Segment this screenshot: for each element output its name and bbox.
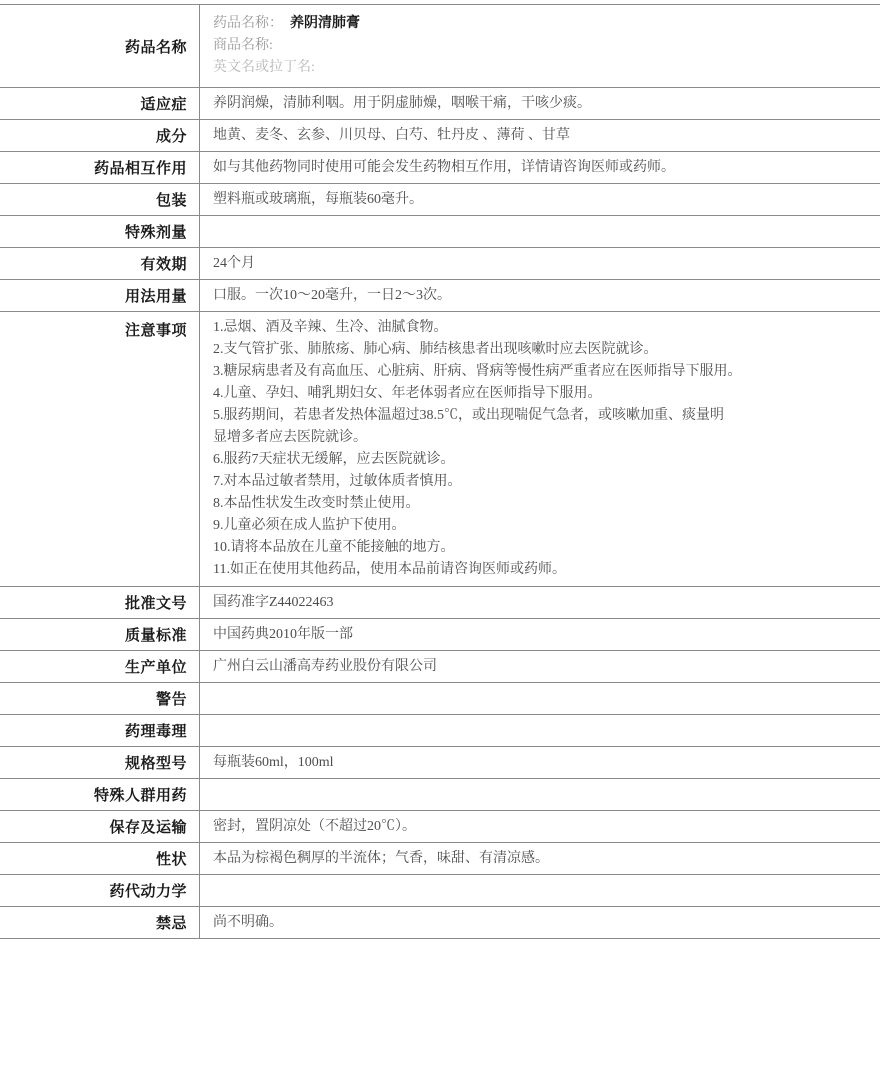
generic-name-value: 养阴清肺膏 [290, 16, 360, 31]
row-value-precautions: 1.忌烟、酒及辛辣、生冷、油腻食物。 2.支气管扩张、肺脓疡、肺心病、肺结核患者… [200, 312, 880, 586]
row-value-drug-name: 药品名称：养阴清肺膏 商品名称: 英文名或拉丁名: [200, 5, 880, 87]
table-row-storage-transport: 保存及运输 密封，置阴凉处（不超过20℃）。 [0, 811, 880, 843]
precaution-line: 4.儿童、孕妇、哺乳期妇女、年老体弱者应在医师指导下服用。 [213, 383, 864, 405]
row-value-warning [200, 683, 880, 714]
row-value-manufacturer: 广州白云山潘高寿药业股份有限公司 [200, 651, 880, 682]
row-label-precautions: 注意事项 [0, 312, 200, 586]
trade-name-line: 商品名称: [213, 35, 864, 57]
row-label-packaging: 包装 [0, 184, 200, 215]
precaution-line: 11.如正在使用其他药品，使用本品前请咨询医师或药师。 [213, 559, 864, 581]
row-label-pharmacokinetics: 药代动力学 [0, 875, 200, 906]
table-row-special-dosage: 特殊剂量 [0, 216, 880, 248]
trade-name-label: 商品名称: [213, 38, 273, 53]
table-row-pharmacokinetics: 药代动力学 [0, 875, 880, 907]
english-name-label: 英文名或拉丁名: [213, 60, 315, 75]
row-label-specification: 规格型号 [0, 747, 200, 778]
table-row-approval-number: 批准文号 国药准字Z44022463 [0, 587, 880, 619]
precaution-line: 3.糖尿病患者及有高血压、心脏病、肝病、肾病等慢性病严重者应在医师指导下服用。 [213, 361, 864, 383]
precaution-line: 6.服药7天症状无缓解，应去医院就诊。 [213, 449, 864, 471]
row-value-pharmacokinetics [200, 875, 880, 906]
table-row-precautions: 注意事项 1.忌烟、酒及辛辣、生冷、油腻食物。 2.支气管扩张、肺脓疡、肺心病、… [0, 312, 880, 587]
drug-info-table: 药品名称 药品名称：养阴清肺膏 商品名称: 英文名或拉丁名: 适应症 养阴润燥，… [0, 4, 880, 939]
row-label-interactions: 药品相互作用 [0, 152, 200, 183]
precaution-line: 5.服药期间，若患者发热体温超过38.5℃，或出现喘促气急者，或咳嗽加重、痰量明 [213, 405, 864, 427]
table-row-drug-name: 药品名称 药品名称：养阴清肺膏 商品名称: 英文名或拉丁名: [0, 5, 880, 88]
table-row-packaging: 包装 塑料瓶或玻璃瓶，每瓶装60毫升。 [0, 184, 880, 216]
row-label-special-dosage: 特殊剂量 [0, 216, 200, 247]
row-label-warning: 警告 [0, 683, 200, 714]
row-label-shelf-life: 有效期 [0, 248, 200, 279]
row-label-pharmacology-toxicology: 药理毒理 [0, 715, 200, 746]
table-row-interactions: 药品相互作用 如与其他药物同时使用可能会发生药物相互作用，详情请咨询医师或药师。 [0, 152, 880, 184]
row-label-description: 性状 [0, 843, 200, 874]
table-row-description: 性状 本品为棕褐色稠厚的半流体；气香，味甜、有清凉感。 [0, 843, 880, 875]
row-value-approval-number: 国药准字Z44022463 [200, 587, 880, 618]
row-value-pharmacology-toxicology [200, 715, 880, 746]
row-label-special-populations: 特殊人群用药 [0, 779, 200, 810]
row-value-shelf-life: 24个月 [200, 248, 880, 279]
row-value-ingredients: 地黄、麦冬、玄参、川贝母、白芍、牡丹皮 、薄荷 、甘草 [200, 120, 880, 151]
precaution-line: 10.请将本品放在儿童不能接触的地方。 [213, 537, 864, 559]
generic-name-label: 药品名称： [213, 16, 283, 31]
table-row-pharmacology-toxicology: 药理毒理 [0, 715, 880, 747]
row-value-quality-standard: 中国药典2010年版一部 [200, 619, 880, 650]
english-name-line: 英文名或拉丁名: [213, 57, 864, 79]
row-value-storage-transport: 密封，置阴凉处（不超过20℃）。 [200, 811, 880, 842]
table-row-quality-standard: 质量标准 中国药典2010年版一部 [0, 619, 880, 651]
row-label-ingredients: 成分 [0, 120, 200, 151]
table-row-warning: 警告 [0, 683, 880, 715]
table-row-dosage: 用法用量 口服。一次10～20毫升，一日2～3次。 [0, 280, 880, 312]
row-label-manufacturer: 生产单位 [0, 651, 200, 682]
row-value-dosage: 口服。一次10～20毫升，一日2～3次。 [200, 280, 880, 311]
row-value-specification: 每瓶装60ml，100ml [200, 747, 880, 778]
row-label-contraindications: 禁忌 [0, 907, 200, 938]
row-label-storage-transport: 保存及运输 [0, 811, 200, 842]
table-row-manufacturer: 生产单位 广州白云山潘高寿药业股份有限公司 [0, 651, 880, 683]
table-row-special-populations: 特殊人群用药 [0, 779, 880, 811]
precaution-line: 9.儿童必须在成人监护下使用。 [213, 515, 864, 537]
precaution-line: 7.对本品过敏者禁用，过敏体质者慎用。 [213, 471, 864, 493]
row-label-drug-name: 药品名称 [0, 5, 200, 87]
row-value-indications: 养阴润燥，清肺利咽。用于阴虚肺燥，咽喉干痛，干咳少痰。 [200, 88, 880, 119]
row-value-contraindications: 尚不明确。 [200, 907, 880, 938]
row-label-indications: 适应症 [0, 88, 200, 119]
precaution-line: 1.忌烟、酒及辛辣、生冷、油腻食物。 [213, 317, 864, 339]
row-value-description: 本品为棕褐色稠厚的半流体；气香，味甜、有清凉感。 [200, 843, 880, 874]
page: { "page": { "background": "#ffffff", "bo… [0, 0, 880, 1070]
table-row-shelf-life: 有效期 24个月 [0, 248, 880, 280]
table-row-contraindications: 禁忌 尚不明确。 [0, 907, 880, 939]
row-label-approval-number: 批准文号 [0, 587, 200, 618]
row-value-special-populations [200, 779, 880, 810]
row-value-special-dosage [200, 216, 880, 247]
row-label-dosage: 用法用量 [0, 280, 200, 311]
table-row-specification: 规格型号 每瓶装60ml，100ml [0, 747, 880, 779]
table-row-ingredients: 成分 地黄、麦冬、玄参、川贝母、白芍、牡丹皮 、薄荷 、甘草 [0, 120, 880, 152]
row-value-packaging: 塑料瓶或玻璃瓶，每瓶装60毫升。 [200, 184, 880, 215]
precaution-line: 显增多者应去医院就诊。 [213, 427, 864, 449]
precaution-line: 8.本品性状发生改变时禁止使用。 [213, 493, 864, 515]
row-value-interactions: 如与其他药物同时使用可能会发生药物相互作用，详情请咨询医师或药师。 [200, 152, 880, 183]
table-row-indications: 适应症 养阴润燥，清肺利咽。用于阴虚肺燥，咽喉干痛，干咳少痰。 [0, 88, 880, 120]
precaution-line: 2.支气管扩张、肺脓疡、肺心病、肺结核患者出现咳嗽时应去医院就诊。 [213, 339, 864, 361]
row-label-quality-standard: 质量标准 [0, 619, 200, 650]
generic-name-line: 药品名称：养阴清肺膏 [213, 13, 864, 35]
